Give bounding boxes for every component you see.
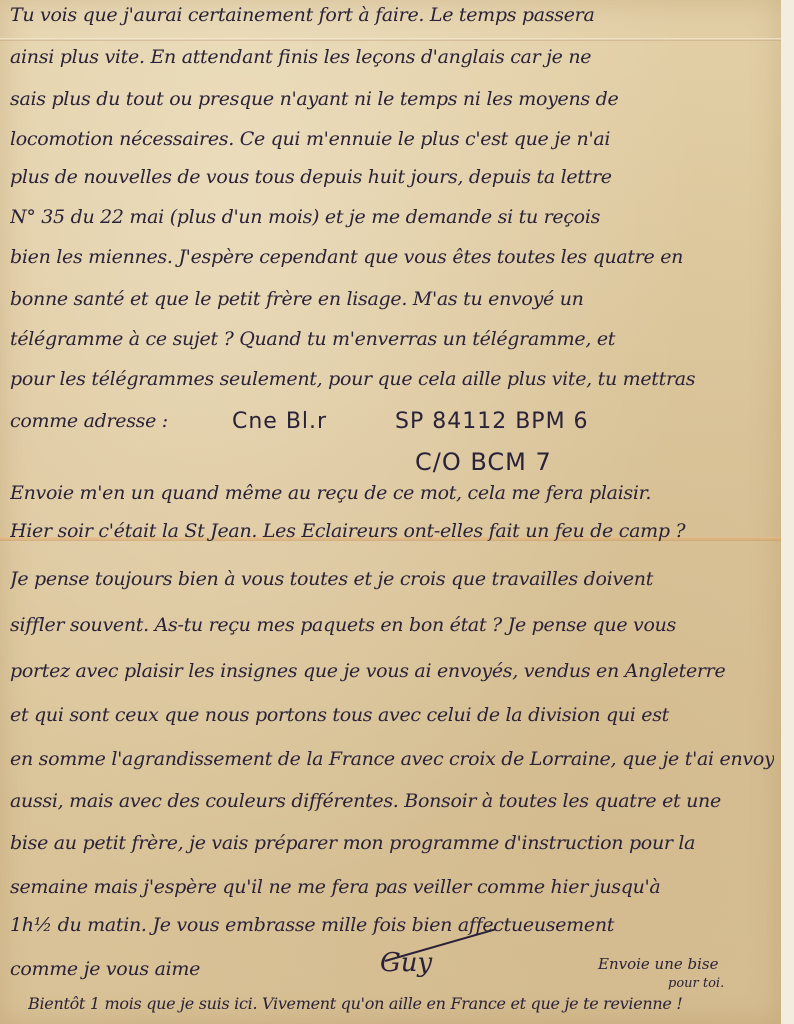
letter-paper [0,0,781,1024]
letter-line: aussi, mais avec des couleurs différente… [10,790,774,812]
letter-line: comme adresse : [10,410,168,432]
letter-line: Je pense toujours bien à vous toutes et … [10,568,774,590]
letter-line: Envoie m'en un quand même au reçu de ce … [10,482,774,504]
letter-line: N° 35 du 22 mai (plus d'un mois) et je m… [10,206,774,228]
address-postal-sector: SP 84112 BPM 6 [395,409,589,434]
letter-line: portez avec plaisir les insignes que je … [10,660,774,682]
page-edge [781,0,794,1024]
letter-line: télégramme à ce sujet ? Quand tu m'enver… [10,328,774,350]
postscript: Bientôt 1 mois que je suis ici. Vivement… [28,994,774,1013]
letter-line: plus de nouvelles de vous tous depuis hu… [10,166,774,188]
letter-line: sais plus du tout ou presque n'ayant ni … [10,88,774,110]
letter-line: bise au petit frère, je vais préparer mo… [10,832,774,854]
letter-line: Hier soir c'était la St Jean. Les Eclair… [10,520,774,542]
letter-line: Tu vois que j'aurai certainement fort à … [10,4,774,26]
letter-line: ainsi plus vite. En attendant finis les … [10,46,774,68]
letter-line: en somme l'agrandissement de la France a… [10,748,774,770]
letter-line: 1h½ du matin. Je vous embrasse mille foi… [10,914,774,936]
address-care-of: C/O BCM 7 [415,448,552,476]
letter-line: bien les miennes. J'espère cependant que… [10,246,774,268]
signature: Guy [380,948,432,978]
letter-line: pour les télégrammes seulement, pour que… [10,368,774,390]
letter-line: locomotion nécessaires. Ce qui m'ennuie … [10,128,774,150]
letter-line: semaine mais j'espère qu'il ne me fera p… [10,876,774,898]
letter-line: siffler souvent. As-tu reçu mes paquets … [10,614,774,636]
margin-note-line1: Envoie une bise [598,955,719,973]
letter-line: et qui sont ceux que nous portons tous a… [10,704,774,726]
address-unit: Cne Bl.r [232,409,327,434]
closing-line: comme je vous aime [10,958,200,980]
paper-fold-top [0,38,781,41]
letter-line: bonne santé et que le petit frère en lis… [10,288,774,310]
margin-note-line2: pour toi. [668,976,724,991]
